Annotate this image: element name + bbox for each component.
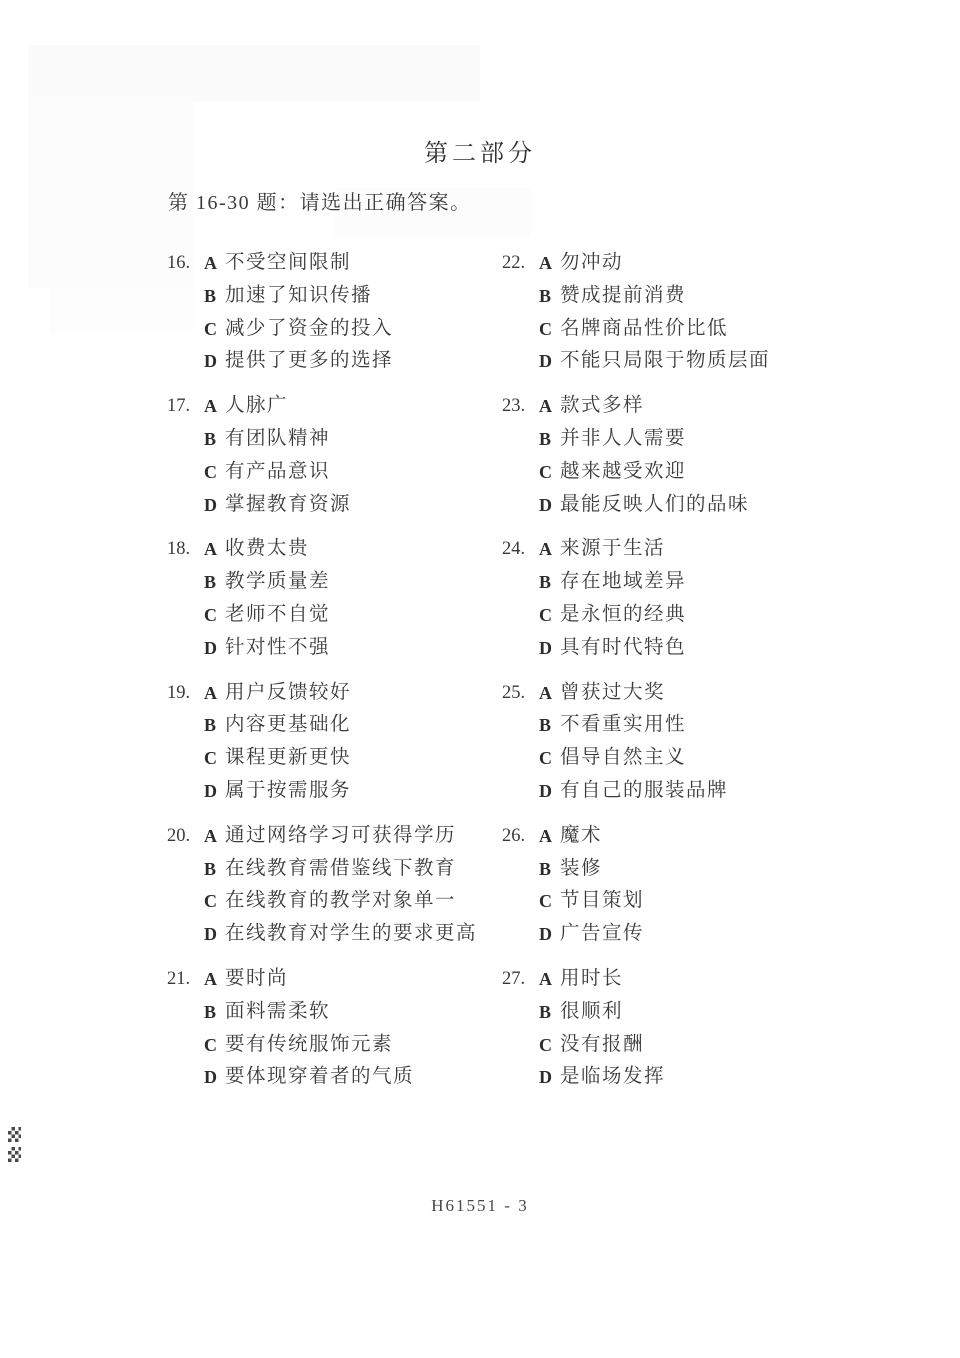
instructions-text: 第 16-30 题：请选出正确答案。 (168, 186, 472, 215)
questions-column-right: 22. A 勿冲动 B 赞成提前消费 C 名牌商品性价比低 D 不能只局限于物质… (502, 247, 922, 1106)
option-letter: B (204, 423, 225, 456)
option-letter: C (539, 1029, 560, 1062)
question-16: 16. A 不受空间限制 B 加速了知识传播 C 减少了资金的投入 D 提供了更… (167, 247, 502, 378)
answer-option: A 魔术 (539, 820, 922, 853)
option-letter: A (204, 677, 225, 710)
option-letter: D (204, 632, 225, 665)
option-text: 属于按需服务 (225, 775, 351, 808)
answer-option: C 减少了资金的投入 (204, 313, 502, 346)
answer-option: A 收费太贵 (204, 533, 502, 566)
answer-option: C 是永恒的经典 (539, 599, 922, 632)
question-21: 21. A 要时尚 B 面料需柔软 C 要有传统服饰元素 D 要体现穿着者的气质 (167, 963, 502, 1094)
option-text: 在线教育对学生的要求更高 (225, 918, 477, 951)
answer-option: C 节目策划 (539, 885, 922, 918)
answer-option: D 不能只局限于物质层面 (539, 345, 922, 378)
option-text: 是临场发挥 (560, 1061, 665, 1094)
option-text: 勿冲动 (560, 247, 623, 280)
option-letter: D (204, 489, 225, 522)
question-number: 27. (502, 963, 539, 1094)
option-list: A 不受空间限制 B 加速了知识传播 C 减少了资金的投入 D 提供了更多的选择 (204, 247, 502, 378)
option-letter: B (204, 853, 225, 886)
answer-option: C 课程更新更快 (204, 742, 502, 775)
option-letter: C (204, 599, 225, 632)
option-text: 没有报酬 (560, 1029, 644, 1062)
option-letter: B (204, 566, 225, 599)
answer-option: B 内容更基础化 (204, 709, 502, 742)
question-25: 25. A 曾获过大奖 B 不看重实用性 C 倡导自然主义 D 有自己的服装品牌 (502, 677, 922, 808)
answer-option: D 属于按需服务 (204, 775, 502, 808)
answer-option: C 越来越受欢迎 (539, 456, 922, 489)
option-list: A 要时尚 B 面料需柔软 C 要有传统服饰元素 D 要体现穿着者的气质 (204, 963, 502, 1094)
option-text: 针对性不强 (225, 632, 330, 665)
answer-option: D 最能反映人们的品味 (539, 489, 922, 522)
answer-option: D 提供了更多的选择 (204, 345, 502, 378)
option-letter: B (539, 709, 560, 742)
option-letter: D (539, 1061, 560, 1094)
answer-option: C 老师不自觉 (204, 599, 502, 632)
question-27: 27. A 用时长 B 很顺利 C 没有报酬 D 是临场发挥 (502, 963, 922, 1094)
answer-option: C 名牌商品性价比低 (539, 313, 922, 346)
option-letter: D (204, 1061, 225, 1094)
option-text: 广告宣传 (560, 918, 644, 951)
option-text: 曾获过大奖 (560, 677, 665, 710)
option-letter: B (539, 853, 560, 886)
option-text: 有自己的服装品牌 (560, 775, 728, 808)
answer-option: D 广告宣传 (539, 918, 922, 951)
option-letter: A (539, 247, 560, 280)
option-text: 不能只局限于物质层面 (560, 345, 770, 378)
option-text: 人脉广 (225, 390, 288, 423)
option-letter: D (539, 918, 560, 951)
option-text: 不看重实用性 (560, 709, 686, 742)
option-text: 最能反映人们的品味 (560, 489, 749, 522)
exam-page: 第二部分 第 16-30 题：请选出正确答案。 16. A 不受空间限制 B 加… (0, 0, 960, 1358)
option-text: 老师不自觉 (225, 599, 330, 632)
option-letter: B (204, 709, 225, 742)
option-letter: A (204, 390, 225, 423)
registration-mark-icon (8, 1147, 21, 1162)
option-letter: A (539, 677, 560, 710)
option-letter: C (539, 313, 560, 346)
question-number: 24. (502, 533, 539, 664)
option-text: 越来越受欢迎 (560, 456, 686, 489)
option-letter: B (539, 996, 560, 1029)
option-text: 通过网络学习可获得学历 (225, 820, 456, 853)
option-letter: A (204, 247, 225, 280)
option-text: 面料需柔软 (225, 996, 330, 1029)
option-text: 收费太贵 (225, 533, 309, 566)
answer-option: D 要体现穿着者的气质 (204, 1061, 502, 1094)
option-text: 并非人人需要 (560, 423, 686, 456)
answer-option: C 倡导自然主义 (539, 742, 922, 775)
option-letter: D (204, 918, 225, 951)
question-26: 26. A 魔术 B 装修 C 节目策划 D 广告宣传 (502, 820, 922, 951)
answer-option: B 很顺利 (539, 996, 922, 1029)
option-text: 节目策划 (560, 885, 644, 918)
question-19: 19. A 用户反馈较好 B 内容更基础化 C 课程更新更快 D 属于按需服务 (167, 677, 502, 808)
option-letter: A (539, 820, 560, 853)
option-text: 名牌商品性价比低 (560, 313, 728, 346)
answer-option: D 是临场发挥 (539, 1061, 922, 1094)
scan-artifact (28, 45, 480, 101)
option-letter: C (539, 885, 560, 918)
option-letter: C (204, 313, 225, 346)
answer-option: C 有产品意识 (204, 456, 502, 489)
question-number: 20. (167, 820, 204, 951)
option-letter: A (204, 820, 225, 853)
option-text: 在线教育需借鉴线下教育 (225, 853, 456, 886)
option-text: 加速了知识传播 (225, 280, 372, 313)
option-text: 要有传统服饰元素 (225, 1029, 393, 1062)
option-text: 魔术 (560, 820, 602, 853)
answer-option: D 针对性不强 (204, 632, 502, 665)
answer-option: D 有自己的服装品牌 (539, 775, 922, 808)
questions-column-left: 16. A 不受空间限制 B 加速了知识传播 C 减少了资金的投入 D 提供了更… (167, 247, 502, 1106)
option-list: A 款式多样 B 并非人人需要 C 越来越受欢迎 D 最能反映人们的品味 (539, 390, 922, 521)
answer-option: A 勿冲动 (539, 247, 922, 280)
option-text: 用户反馈较好 (225, 677, 351, 710)
answer-option: C 没有报酬 (539, 1029, 922, 1062)
option-text: 装修 (560, 853, 602, 886)
question-18: 18. A 收费太贵 B 教学质量差 C 老师不自觉 D 针对性不强 (167, 533, 502, 664)
option-letter: B (539, 566, 560, 599)
answer-option: A 要时尚 (204, 963, 502, 996)
answer-option: B 并非人人需要 (539, 423, 922, 456)
answer-option: B 不看重实用性 (539, 709, 922, 742)
registration-mark-icon (8, 1127, 21, 1142)
option-letter: B (204, 280, 225, 313)
option-text: 在线教育的教学对象单一 (225, 885, 456, 918)
option-letter: A (539, 390, 560, 423)
answer-option: C 要有传统服饰元素 (204, 1029, 502, 1062)
option-text: 减少了资金的投入 (225, 313, 393, 346)
answer-option: A 曾获过大奖 (539, 677, 922, 710)
question-number: 26. (502, 820, 539, 951)
option-text: 存在地域差异 (560, 566, 686, 599)
option-text: 教学质量差 (225, 566, 330, 599)
question-number: 25. (502, 677, 539, 808)
answer-option: A 通过网络学习可获得学历 (204, 820, 502, 853)
option-list: A 通过网络学习可获得学历 B 在线教育需借鉴线下教育 C 在线教育的教学对象单… (204, 820, 502, 951)
option-text: 课程更新更快 (225, 742, 351, 775)
option-list: A 用时长 B 很顺利 C 没有报酬 D 是临场发挥 (539, 963, 922, 1094)
option-letter: A (204, 533, 225, 566)
answer-option: B 在线教育需借鉴线下教育 (204, 853, 502, 886)
option-letter: C (539, 742, 560, 775)
question-number: 18. (167, 533, 204, 664)
answer-option: B 教学质量差 (204, 566, 502, 599)
option-text: 用时长 (560, 963, 623, 996)
option-text: 有产品意识 (225, 456, 330, 489)
option-list: A 曾获过大奖 B 不看重实用性 C 倡导自然主义 D 有自己的服装品牌 (539, 677, 922, 808)
section-title: 第二部分 (0, 133, 960, 168)
option-text: 是永恒的经典 (560, 599, 686, 632)
option-list: A 勿冲动 B 赞成提前消费 C 名牌商品性价比低 D 不能只局限于物质层面 (539, 247, 922, 378)
question-number: 19. (167, 677, 204, 808)
question-20: 20. A 通过网络学习可获得学历 B 在线教育需借鉴线下教育 C 在线教育的教… (167, 820, 502, 951)
question-number: 23. (502, 390, 539, 521)
option-letter: D (204, 775, 225, 808)
answer-option: C 在线教育的教学对象单一 (204, 885, 502, 918)
option-text: 很顺利 (560, 996, 623, 1029)
option-text: 来源于生活 (560, 533, 665, 566)
answer-option: B 面料需柔软 (204, 996, 502, 1029)
option-letter: A (539, 533, 560, 566)
answer-option: D 具有时代特色 (539, 632, 922, 665)
question-number: 16. (167, 247, 204, 378)
option-letter: C (204, 742, 225, 775)
answer-option: A 用时长 (539, 963, 922, 996)
option-text: 具有时代特色 (560, 632, 686, 665)
answer-option: B 存在地域差异 (539, 566, 922, 599)
option-list: A 人脉广 B 有团队精神 C 有产品意识 D 掌握教育资源 (204, 390, 502, 521)
option-text: 要时尚 (225, 963, 288, 996)
option-list: A 魔术 B 装修 C 节目策划 D 广告宣传 (539, 820, 922, 951)
option-letter: A (204, 963, 225, 996)
option-letter: B (204, 996, 225, 1029)
answer-option: B 装修 (539, 853, 922, 886)
option-letter: C (539, 599, 560, 632)
option-text: 有团队精神 (225, 423, 330, 456)
option-letter: D (204, 345, 225, 378)
answer-option: A 款式多样 (539, 390, 922, 423)
option-list: A 收费太贵 B 教学质量差 C 老师不自觉 D 针对性不强 (204, 533, 502, 664)
option-text: 倡导自然主义 (560, 742, 686, 775)
question-17: 17. A 人脉广 B 有团队精神 C 有产品意识 D 掌握教育资源 (167, 390, 502, 521)
option-text: 款式多样 (560, 390, 644, 423)
option-text: 内容更基础化 (225, 709, 351, 742)
option-letter: C (204, 456, 225, 489)
option-letter: A (539, 963, 560, 996)
option-text: 要体现穿着者的气质 (225, 1061, 414, 1094)
answer-option: B 赞成提前消费 (539, 280, 922, 313)
question-number: 17. (167, 390, 204, 521)
question-22: 22. A 勿冲动 B 赞成提前消费 C 名牌商品性价比低 D 不能只局限于物质… (502, 247, 922, 378)
option-list: A 来源于生活 B 存在地域差异 C 是永恒的经典 D 具有时代特色 (539, 533, 922, 664)
page-footer-code: H61551 - 3 (0, 1196, 960, 1216)
option-letter: C (539, 456, 560, 489)
answer-option: D 掌握教育资源 (204, 489, 502, 522)
answer-option: A 用户反馈较好 (204, 677, 502, 710)
question-number: 22. (502, 247, 539, 378)
option-text: 提供了更多的选择 (225, 345, 393, 378)
answer-option: A 人脉广 (204, 390, 502, 423)
question-23: 23. A 款式多样 B 并非人人需要 C 越来越受欢迎 D 最能反映人们的品味 (502, 390, 922, 521)
option-text: 不受空间限制 (225, 247, 351, 280)
answer-option: A 不受空间限制 (204, 247, 502, 280)
option-letter: D (539, 345, 560, 378)
question-number: 21. (167, 963, 204, 1094)
option-letter: C (204, 1029, 225, 1062)
answer-option: D 在线教育对学生的要求更高 (204, 918, 502, 951)
option-letter: D (539, 775, 560, 808)
option-letter: B (539, 423, 560, 456)
option-list: A 用户反馈较好 B 内容更基础化 C 课程更新更快 D 属于按需服务 (204, 677, 502, 808)
option-letter: D (539, 489, 560, 522)
answer-option: B 有团队精神 (204, 423, 502, 456)
question-24: 24. A 来源于生活 B 存在地域差异 C 是永恒的经典 D 具有时代特色 (502, 533, 922, 664)
answer-option: A 来源于生活 (539, 533, 922, 566)
option-letter: B (539, 280, 560, 313)
option-text: 掌握教育资源 (225, 489, 351, 522)
option-text: 赞成提前消费 (560, 280, 686, 313)
option-letter: C (204, 885, 225, 918)
option-letter: D (539, 632, 560, 665)
answer-option: B 加速了知识传播 (204, 280, 502, 313)
